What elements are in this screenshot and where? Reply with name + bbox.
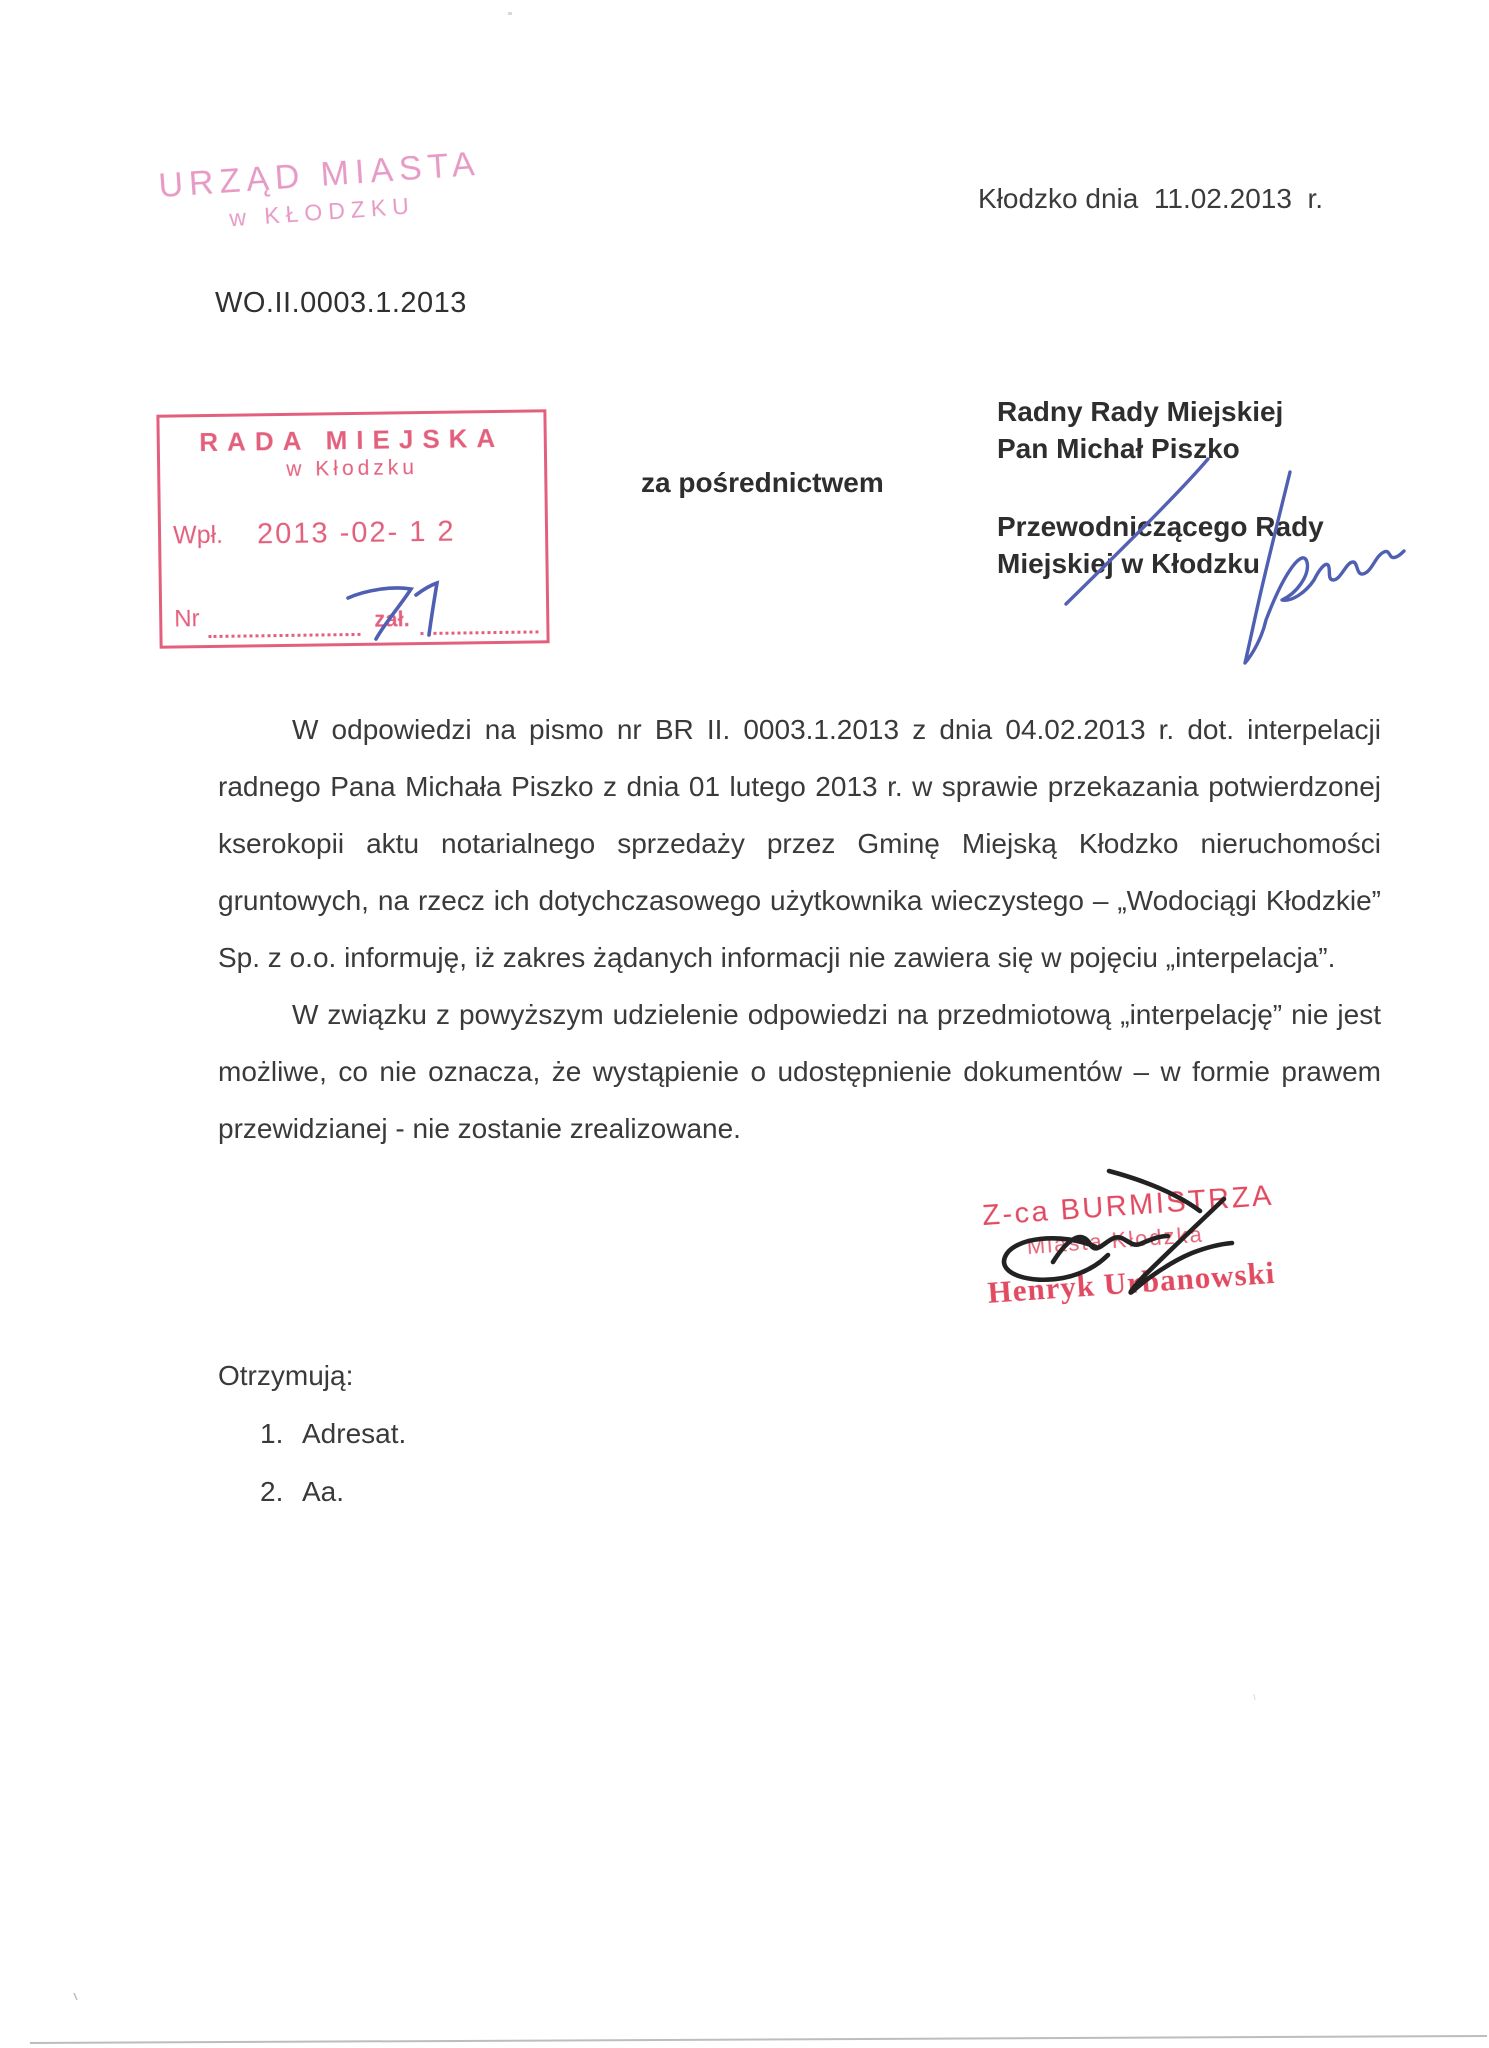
distribution-item-number: 1. xyxy=(260,1418,302,1450)
reference-number: WO.II.0003.1.2013 xyxy=(215,287,467,320)
intake-attachments-dotted-line xyxy=(420,602,538,635)
distribution-item-number: 2. xyxy=(260,1476,302,1508)
scan-speck xyxy=(508,12,512,15)
recipient-gap xyxy=(997,467,1324,508)
recipient-block: Radny Rady Miejskiej Pan Michał Piszko P… xyxy=(997,393,1324,582)
council-intake-stamp: RADA MIEJSKA w Kłodzku Wpł. 2013 -02- 1 … xyxy=(156,409,549,648)
intake-stamp-subtitle: w Kłodzku xyxy=(160,454,544,483)
intake-received-label: Wpł. xyxy=(173,521,223,551)
intake-number-dotted-line xyxy=(208,605,360,638)
scanned-letter-page: { "header": { "date_line": "Kłodzko dnia… xyxy=(0,0,1489,2048)
distribution-item: 1.Adresat. xyxy=(260,1418,406,1450)
deputy-mayor-stamp: Z-ca BURMISTRZA Miasta Kłodzka Henryk Ur… xyxy=(981,1182,1250,1311)
distribution-item: 2.Aa. xyxy=(260,1476,344,1508)
intake-stamp-title: RADA MIEJSKA xyxy=(160,422,544,458)
scan-edge-line xyxy=(30,2036,1487,2043)
city-office-stamp: URZĄD MIASTA w KŁODZKU xyxy=(146,144,496,238)
letter-body: W odpowiedzi na pismo nr BR II. 0003.1.2… xyxy=(218,701,1381,1157)
intake-attachments-label: zał. xyxy=(374,606,410,632)
letter-date: Kłodzko dnia 11.02.2013 r. xyxy=(978,183,1323,215)
recipient-line4: Miejskiej w Kłodzku xyxy=(997,545,1324,582)
intake-received-date: 2013 -02- 1 2 xyxy=(257,516,456,552)
body-paragraph-2: W związku z powyższym udzielenie odpowie… xyxy=(218,986,1381,1157)
distribution-heading: Otrzymują: xyxy=(218,1360,353,1392)
recipient-line3: Przewodniczącego Rady xyxy=(997,508,1324,545)
distribution-item-text: Aa. xyxy=(302,1476,344,1507)
recipient-line2: Pan Michał Piszko xyxy=(997,430,1324,467)
body-paragraph-1: W odpowiedzi na pismo nr BR II. 0003.1.2… xyxy=(218,701,1381,986)
scan-speck xyxy=(1254,1694,1255,1700)
distribution-item-text: Adresat. xyxy=(302,1418,406,1449)
scan-speck xyxy=(74,1993,77,2000)
intake-number-label: Nr xyxy=(174,605,200,633)
deputy-mayor-stamp-name: Henryk Urbanowski xyxy=(986,1257,1250,1311)
recipient-line1: Radny Rady Miejskiej xyxy=(997,393,1324,430)
via-label: za pośrednictwem xyxy=(641,467,884,499)
